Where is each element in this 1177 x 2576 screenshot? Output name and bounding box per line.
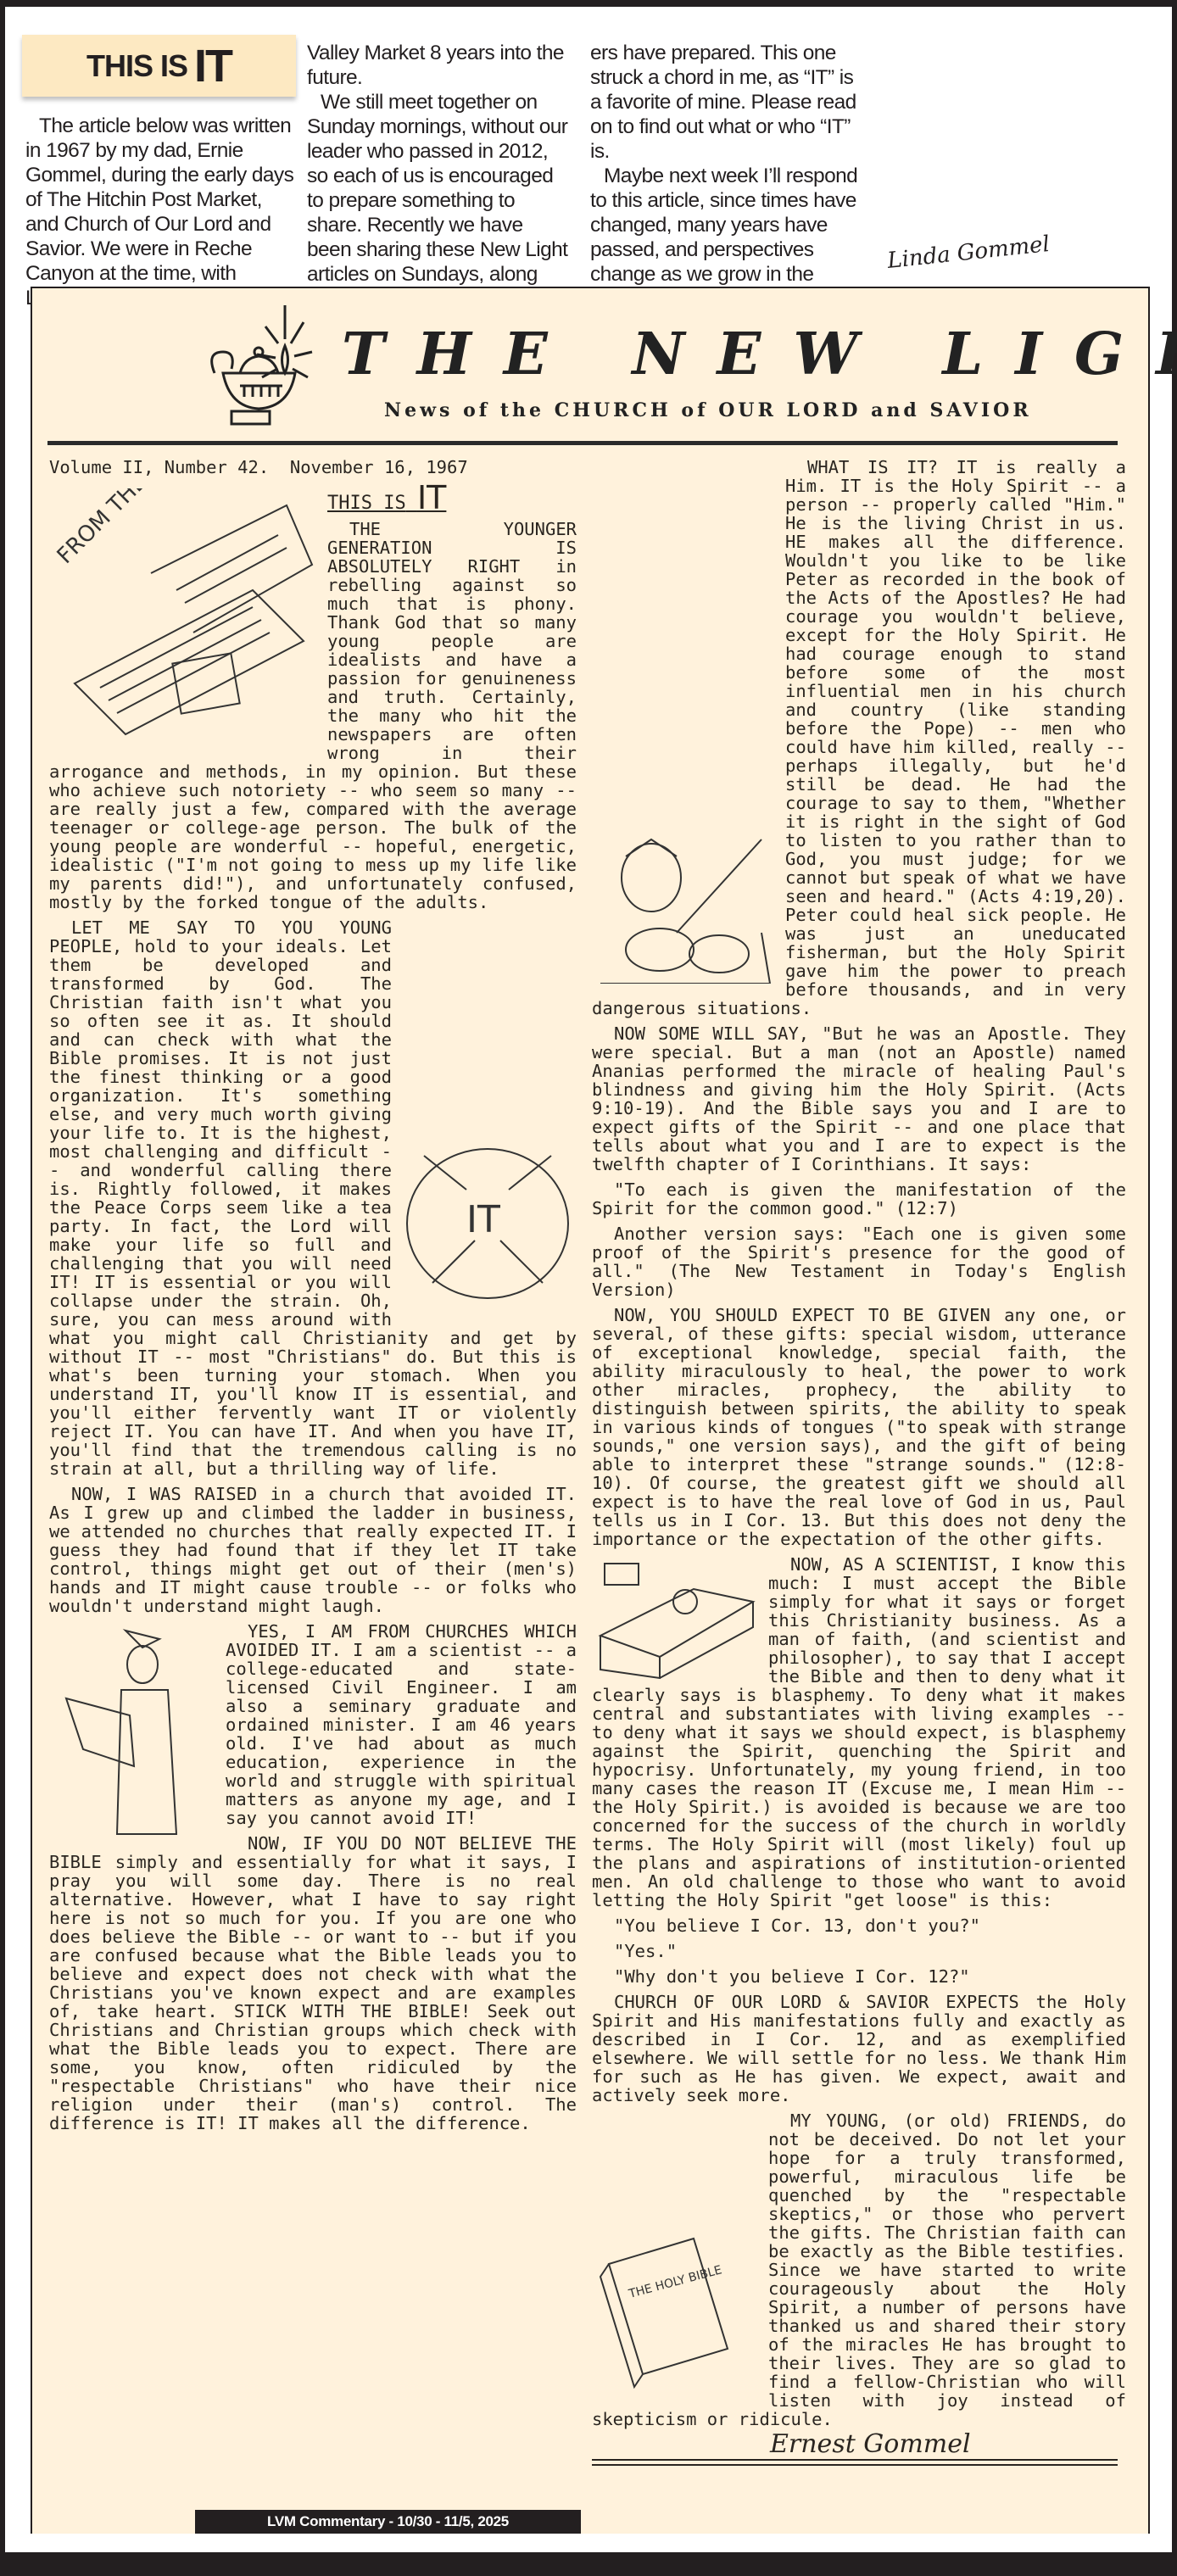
intro-paragraph: ers have prepared. This one struck a cho… [590,41,862,164]
article-heading-big: IT [417,479,446,516]
article-heading-small: THIS IS [327,493,406,514]
intro-title-small: THIS IS [86,48,187,84]
article-paragraph: NOW, YOU SHOULD EXPECT TO BE GIVEN any o… [592,1306,1126,1548]
article-paragraph: IT LET ME SAY TO YOU YOUNG PEOPLE, hold … [49,918,577,1478]
svg-text:FROM THE PASTOR'S STUDY: FROM THE PASTOR'S STUDY [53,488,289,569]
frame-bottom-border [0,2552,1177,2576]
gift-box-illustration [592,1555,761,1682]
article-dialogue: "Why don't you believe I Cor. 12?" [592,1967,1126,1986]
article-paragraph: WHAT IS IT? IT is really a Him. IT is th… [592,458,1126,1018]
article-paragraph: NOW, AS A SCIENTIST, I know this much: I… [592,1555,1126,1910]
intro-column-1: The article below was written in 1967 by… [25,114,297,310]
article-paragraph: NOW, I WAS RAISED in a church that avoid… [49,1485,577,1615]
linda-signature: Linda Gommel [886,231,1051,274]
it-doodle-illustration: IT [399,1139,577,1308]
fisherman-illustration [592,831,778,984]
intro-title-big: IT [194,40,231,92]
ernest-signature: Ernest Gommel [770,2435,1126,2454]
pastors-study-illustration: FROM THE PASTOR'S STUDY [49,488,321,743]
bible-book-icon: THE HOLY BIBLE [592,2230,761,2391]
it-doodle-icon: IT [399,1139,577,1308]
fisherman-icon [592,831,778,984]
intro-section: THIS IS IT The article below was written… [5,7,1172,280]
article-paragraph: NOW SOME WILL SAY, "But he was an Apostl… [592,1024,1126,1174]
article-dialogue: "You believe I Cor. 13, don't you?" [592,1916,1126,1935]
scientist-illustration [49,1622,219,1843]
article-paragraph: CHURCH OF OUR LORD & SAVIOR EXPECTS the … [592,1993,1126,2105]
article-dialogue: "Yes." [592,1942,1126,1960]
frame-left-border [0,0,5,2552]
article-end-rule [592,2459,1118,2466]
article-left-column: Volume II, Number 42. November 16, 1967 … [49,458,577,2139]
article-paragraph-text: YES, I AM FROM CHURCHES WHICH AVOIDED IT… [226,1621,577,1828]
masthead: THE NEW LIGHT News of the CHURCH of OUR … [32,288,1148,445]
intro-paragraph: Valley Market 8 years into the future. [307,41,570,90]
intro-column-2: Valley Market 8 years into the future. W… [307,41,570,311]
footer-label: LVM Commentary - 10/30 - 11/5, 2025 [195,2510,581,2534]
intro-paragraph: We still meet together on Sunday morning… [307,90,570,311]
frame-top-border [0,0,1177,7]
intro-title-box: THIS IS IT [22,35,296,97]
article-paragraph: YES, I AM FROM CHURCHES WHICH AVOIDED IT… [49,1622,577,1827]
masthead-title: THE NEW LIGHT [342,321,1088,388]
article-right-column: WHAT IS IT? IT is really a Him. IT is th… [592,458,1126,2466]
svg-text:IT: IT [466,1198,500,1241]
volume-line: Volume II, Number 42. November 16, 1967 [49,458,577,477]
article-paragraph: THE HOLY BIBLE MY YOUNG, (or old) FRIEND… [592,2111,1126,2428]
intro-column-3: ers have prepared. This one struck a cho… [590,41,862,311]
masthead-subtitle: News of the CHURCH of OUR LORD and SAVIO… [384,399,1063,421]
newsletter-page: THE NEW LIGHT News of the CHURCH of OUR … [31,287,1150,2537]
intro-paragraph: The article below was written in 1967 by… [25,114,297,310]
article-quote: Another version says: "Each one is given… [592,1224,1126,1299]
svg-text:THE HOLY BIBLE: THE HOLY BIBLE [627,2263,723,2301]
article-paragraph: NOW, IF YOU DO NOT BELIEVE THE BIBLE sim… [49,1834,577,2133]
masthead-rule [47,441,1118,445]
newspaper-icon: FROM THE PASTOR'S STUDY [49,488,321,743]
oil-lamp-icon [206,305,316,432]
frame-gap [5,2534,1172,2552]
man-reading-icon [49,1622,219,1843]
gift-box-icon [592,1555,761,1682]
bible-illustration: THE HOLY BIBLE [592,2230,761,2391]
article-quote: "To each is given the manifestation of t… [592,1180,1126,1218]
